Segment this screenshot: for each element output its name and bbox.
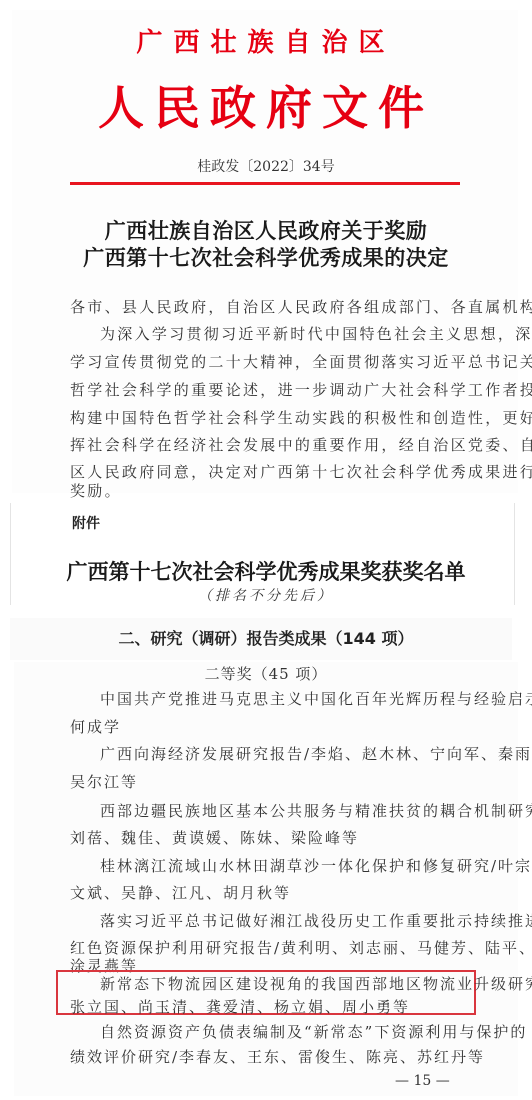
award-entry-authors: 何成学 — [70, 716, 121, 737]
award-entry-authors: 文斌、吴静、江凡、胡月秋等 — [70, 882, 291, 903]
award-entry-title: 西部边疆民族地区基本公共服务与精准扶贫的耦合机制研究/ — [100, 800, 532, 821]
paragraph-line: 哲学社会科学的重要论述，进一步调动广大社会科学工作者投身 — [70, 379, 532, 400]
page-number: — 15 — — [395, 1073, 450, 1089]
award-entry-title: 红色资源保护利用研究报告/黄利明、刘志丽、马健芳、陆平、 — [70, 937, 532, 958]
award-entry-title: 中国共产党推进马克思主义中国化百年光辉历程与经验启示/ — [100, 688, 532, 709]
issuer-letterhead: 广西壮族自治区 — [0, 22, 532, 59]
letterhead-red-divider — [70, 182, 460, 185]
section-heading: 二、研究（调研）报告类成果（144 项） — [0, 626, 532, 649]
award-list-title: 广西第十七次社会科学优秀成果奖获奖名单 — [0, 556, 532, 586]
award-entry-title: 桂林漓江流域山水林田湖草沙一体化保护和修复研究/叶宗达、 — [100, 855, 532, 876]
paragraph-line: 区人民政府同意，决定对广西第十七次社会科学优秀成果进行 — [70, 461, 532, 482]
decision-title-line-2: 广西第十七次社会科学优秀成果的决定 — [0, 242, 532, 272]
award-entry-authors: 刘蓓、魏佳、黄谟媛、陈妹、梁险峰等 — [70, 827, 359, 848]
decision-title-line-1: 广西壮族自治区人民政府关于奖励 — [0, 215, 532, 245]
paragraph-line: 为深入学习贯彻习近平新时代中国特色社会主义思想，深入 — [100, 323, 532, 344]
paragraph-line: 挥社会科学在经济社会发展中的重要作用，经自治区党委、自治 — [70, 434, 532, 455]
paragraph-line: 构建中国特色哲学社会科学生动实践的积极性和创造性，更好发 — [70, 407, 532, 428]
grade-heading: 二等奖（45 项） — [0, 663, 532, 684]
award-entry-title: 广西向海经济发展研究报告/李焰、赵木林、宁向军、秦雨、 — [100, 743, 532, 764]
addressees: 各市、县人民政府，自治区人民政府各组成部门、各直属机构： — [70, 296, 532, 317]
document-type-letterhead: 人民政府文件 — [0, 72, 532, 138]
award-entry-authors: 绩效评价研究/李春友、王东、雷俊生、陈亮、苏红丹等 — [70, 1046, 485, 1067]
highlighted-entry-authors: 张立国、尚玉清、龚爱清、杨立娟、周小勇等 — [70, 996, 410, 1017]
paragraph-line: 学习宣传贯彻党的二十大精神，全面贯彻落实习近平总书记关于 — [70, 351, 532, 372]
award-entry-title: 落实习近平总书记做好湘江战役历史工作重要批示持续推进 — [100, 910, 532, 931]
highlighted-entry-title: 新常态下物流园区建设视角的我国西部地区物流业升级研究/ — [100, 973, 532, 994]
document-screenshot: 广西壮族自治区 人民政府文件 桂政发〔2022〕34号 广西壮族自治区人民政府关… — [0, 0, 532, 1100]
document-number: 桂政发〔2022〕34号 — [0, 156, 532, 176]
award-entry-title: 自然资源资产负债表编制及“新常态”下资源利用与保护的 — [100, 1021, 527, 1042]
award-entry-authors: 吴尔江等 — [70, 771, 138, 792]
attachment-label: 附件 — [72, 513, 100, 533]
award-list-note: （排名不分先后） — [0, 585, 532, 605]
paragraph-line: 奖励。 — [70, 480, 122, 501]
